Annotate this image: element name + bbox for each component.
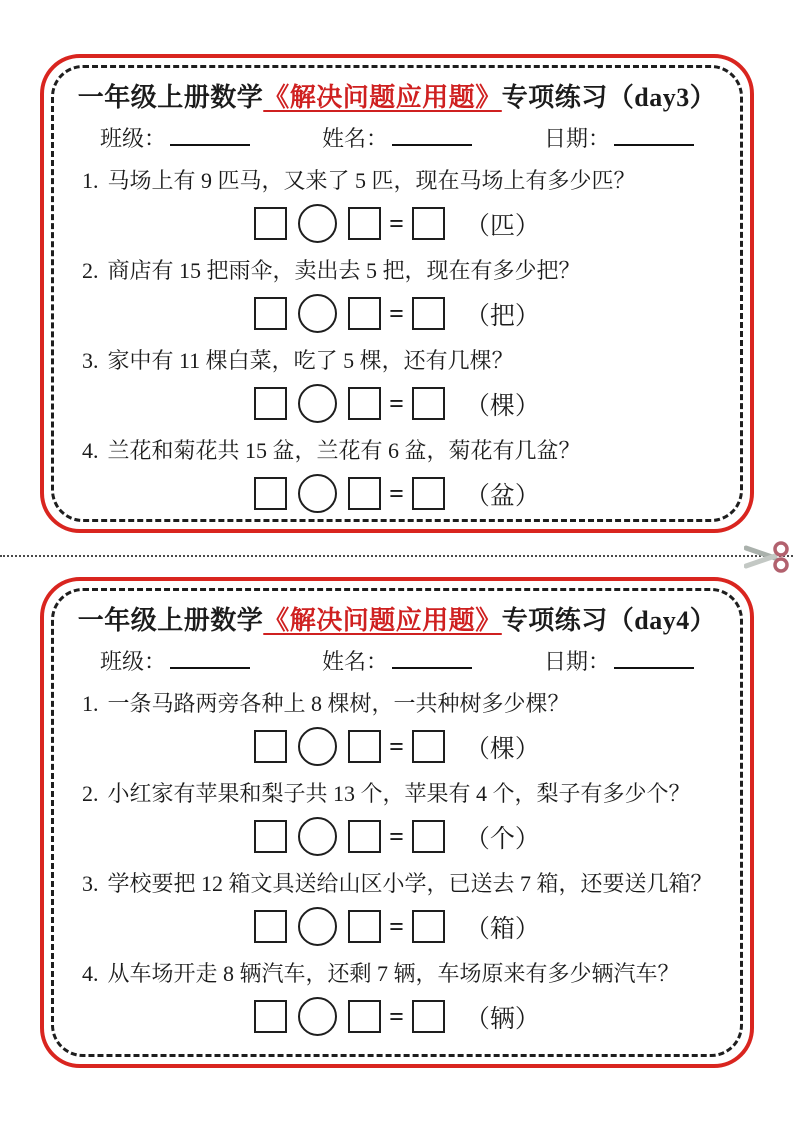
result-box[interactable] (412, 207, 445, 240)
equation-row: = （箱） (74, 907, 720, 946)
operator-circle[interactable] (298, 204, 337, 243)
name-field-label: 姓名： (322, 126, 388, 151)
dashed-inner-border: 一年级上册数学《解决问题应用题》专项练习（day4） 班级： 姓名： 日期： 1… (51, 588, 743, 1057)
problem-number: 2. (82, 258, 99, 283)
problem-item: 1.马场上有 9 匹马，又来了 5 匹，现在马场上有多少匹？ = （匹） (74, 164, 720, 243)
problem-item: 4.兰花和菊花共 15 盆，兰花有 6 盆，菊花有几盆？ = （盆） (74, 434, 720, 513)
name-blank[interactable] (392, 647, 472, 669)
problem-text: 一条马路两旁各种上 8 棵树，一共种树多少棵？ (108, 691, 570, 716)
unit-label: （个） (465, 819, 540, 855)
unit-label: （箱） (465, 909, 540, 945)
equals-sign: = (389, 1002, 404, 1032)
class-field-label: 班级： (100, 649, 166, 674)
operand-box-first[interactable] (254, 1000, 287, 1033)
problem-item: 3.家中有 11 棵白菜，吃了 5 棵，还有几棵？ = （棵） (74, 344, 720, 423)
title-highlight: 《解决问题应用题》 (263, 83, 502, 112)
unit-label: （盆） (465, 476, 540, 512)
worksheet-day3: 一年级上册数学《解决问题应用题》专项练习（day3） 班级： 姓名： 日期： 1… (40, 54, 754, 533)
problem-text: 家中有 11 棵白菜，吃了 5 棵，还有几棵？ (108, 348, 514, 373)
problem-item: 1.一条马路两旁各种上 8 棵树，一共种树多少棵？ = （棵） (74, 687, 720, 766)
equals-sign: = (389, 389, 404, 419)
problem-item: 3.学校要把 12 箱文具送给山区小学，已送去 7 箱，还要送几箱？ = （箱） (74, 867, 720, 946)
equals-sign: = (389, 822, 404, 852)
operand-box-second[interactable] (348, 1000, 381, 1033)
result-box[interactable] (412, 910, 445, 943)
operator-circle[interactable] (298, 997, 337, 1036)
problem-text-line: 1.一条马路两旁各种上 8 棵树，一共种树多少棵？ (74, 687, 720, 718)
title-highlight: 《解决问题应用题》 (263, 606, 502, 635)
page-title: 一年级上册数学《解决问题应用题》专项练习（day3） (74, 77, 720, 114)
class-field: 班级： (100, 122, 250, 153)
operand-box-second[interactable] (348, 207, 381, 240)
problem-text-line: 4.从车场开走 8 辆汽车，还剩 7 辆，车场原来有多少辆汽车？ (74, 957, 720, 988)
problem-text-line: 3.学校要把 12 箱文具送给山区小学，已送去 7 箱，还要送几箱？ (74, 867, 720, 898)
date-field: 日期： (544, 645, 694, 676)
equation-row: = （辆） (74, 997, 720, 1036)
result-box[interactable] (412, 1000, 445, 1033)
problem-number: 1. (82, 691, 99, 716)
problem-text-line: 2.小红家有苹果和梨子共 13 个，苹果有 4 个，梨子有多少个？ (74, 777, 720, 808)
operand-box-first[interactable] (254, 297, 287, 330)
date-blank[interactable] (614, 124, 694, 146)
result-box[interactable] (412, 820, 445, 853)
title-suffix: 专项练习（day4） (502, 606, 716, 635)
class-field: 班级： (100, 645, 250, 676)
result-box[interactable] (412, 387, 445, 420)
class-field-label: 班级： (100, 126, 166, 151)
class-blank[interactable] (170, 124, 250, 146)
unit-label: （把） (465, 296, 540, 332)
problem-number: 3. (82, 348, 99, 373)
operator-circle[interactable] (298, 817, 337, 856)
problem-text: 从车场开走 8 辆汽车，还剩 7 辆，车场原来有多少辆汽车？ (108, 961, 680, 986)
operand-box-second[interactable] (348, 910, 381, 943)
header-fields: 班级： 姓名： 日期： (74, 122, 720, 153)
problem-item: 4.从车场开走 8 辆汽车，还剩 7 辆，车场原来有多少辆汽车？ = （辆） (74, 957, 720, 1036)
operand-box-second[interactable] (348, 297, 381, 330)
operand-box-first[interactable] (254, 387, 287, 420)
result-box[interactable] (412, 477, 445, 510)
problem-text-line: 2.商店有 15 把雨伞，卖出去 5 把，现在有多少把？ (74, 254, 720, 285)
operand-box-first[interactable] (254, 820, 287, 853)
title-prefix: 一年级上册数学 (78, 606, 264, 635)
operator-circle[interactable] (298, 907, 337, 946)
name-field: 姓名： (322, 122, 472, 153)
problem-number: 4. (82, 961, 99, 986)
operator-circle[interactable] (298, 294, 337, 333)
name-blank[interactable] (392, 124, 472, 146)
problem-text: 学校要把 12 箱文具送给山区小学，已送去 7 箱，还要送几箱？ (108, 871, 713, 896)
unit-label: （辆） (465, 999, 540, 1035)
operator-circle[interactable] (298, 474, 337, 513)
operand-box-second[interactable] (348, 820, 381, 853)
equation-row: = （棵） (74, 727, 720, 766)
unit-label: （棵） (465, 386, 540, 422)
equation-row: = （把） (74, 294, 720, 333)
equation-row: = （个） (74, 817, 720, 856)
operand-box-second[interactable] (348, 477, 381, 510)
equation-row: = （盆） (74, 474, 720, 513)
problem-text-line: 4.兰花和菊花共 15 盆，兰花有 6 盆，菊花有几盆？ (74, 434, 720, 465)
date-blank[interactable] (614, 647, 694, 669)
unit-label: （棵） (465, 729, 540, 765)
cut-divider (0, 555, 793, 557)
equals-sign: = (389, 479, 404, 509)
date-field-label: 日期： (544, 126, 610, 151)
problem-text-line: 1.马场上有 9 匹马，又来了 5 匹，现在马场上有多少匹？ (74, 164, 720, 195)
title-suffix: 专项练习（day3） (502, 83, 716, 112)
operator-circle[interactable] (298, 384, 337, 423)
equals-sign: = (389, 732, 404, 762)
name-field-label: 姓名： (322, 649, 388, 674)
class-blank[interactable] (170, 647, 250, 669)
result-box[interactable] (412, 730, 445, 763)
operand-box-second[interactable] (348, 387, 381, 420)
operand-box-first[interactable] (254, 207, 287, 240)
operand-box-first[interactable] (254, 477, 287, 510)
problem-item: 2.商店有 15 把雨伞，卖出去 5 把，现在有多少把？ = （把） (74, 254, 720, 333)
page-title: 一年级上册数学《解决问题应用题》专项练习（day4） (74, 600, 720, 637)
problem-text-line: 3.家中有 11 棵白菜，吃了 5 棵，还有几棵？ (74, 344, 720, 375)
operand-box-first[interactable] (254, 730, 287, 763)
date-field: 日期： (544, 122, 694, 153)
scissors-icon (744, 539, 792, 575)
header-fields: 班级： 姓名： 日期： (74, 645, 720, 676)
equation-row: = （匹） (74, 204, 720, 243)
problem-number: 4. (82, 438, 99, 463)
title-prefix: 一年级上册数学 (78, 83, 264, 112)
equals-sign: = (389, 299, 404, 329)
equals-sign: = (389, 912, 404, 942)
date-field-label: 日期： (544, 649, 610, 674)
operator-circle[interactable] (298, 727, 337, 766)
operand-box-second[interactable] (348, 730, 381, 763)
problem-number: 3. (82, 871, 99, 896)
dashed-inner-border: 一年级上册数学《解决问题应用题》专项练习（day3） 班级： 姓名： 日期： 1… (51, 65, 743, 522)
name-field: 姓名： (322, 645, 472, 676)
problem-text: 小红家有苹果和梨子共 13 个，苹果有 4 个，梨子有多少个？ (108, 781, 691, 806)
equals-sign: = (389, 209, 404, 239)
equation-row: = （棵） (74, 384, 720, 423)
problem-text: 商店有 15 把雨伞，卖出去 5 把，现在有多少把？ (108, 258, 581, 283)
problem-number: 2. (82, 781, 99, 806)
problem-text: 兰花和菊花共 15 盆，兰花有 6 盆，菊花有几盆？ (108, 438, 581, 463)
problem-item: 2.小红家有苹果和梨子共 13 个，苹果有 4 个，梨子有多少个？ = （个） (74, 777, 720, 856)
result-box[interactable] (412, 297, 445, 330)
operand-box-first[interactable] (254, 910, 287, 943)
problem-number: 1. (82, 168, 99, 193)
worksheet-day4: 一年级上册数学《解决问题应用题》专项练习（day4） 班级： 姓名： 日期： 1… (40, 577, 754, 1068)
problem-text: 马场上有 9 匹马，又来了 5 匹，现在马场上有多少匹？ (108, 168, 636, 193)
unit-label: （匹） (465, 206, 540, 242)
